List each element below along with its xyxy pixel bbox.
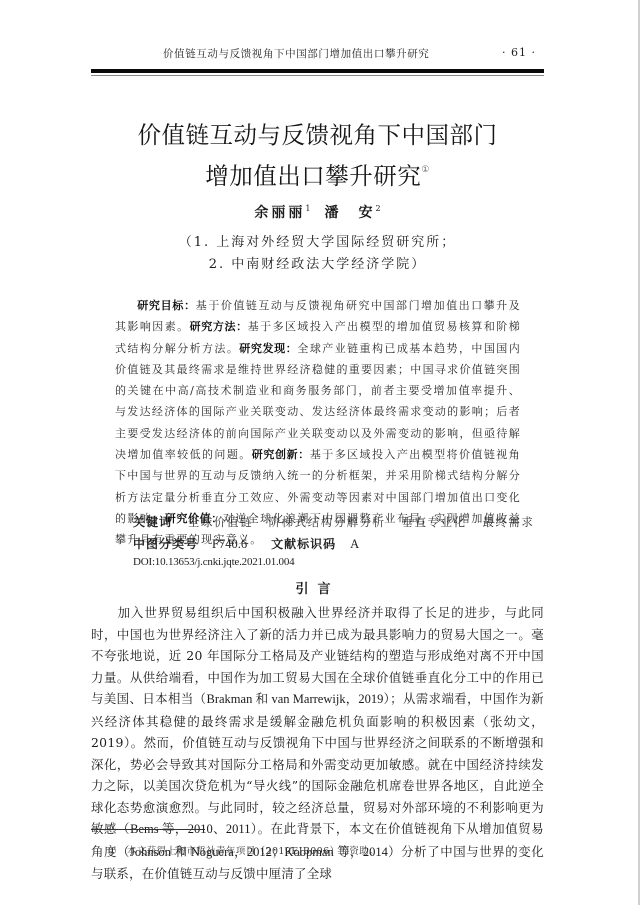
title-footnote-mark[interactable]: ① — [421, 165, 430, 175]
footnote-mark: ① — [108, 846, 117, 857]
footnote: ①本文获得上海市哲社青年项目（2019EJB006）的资助。 — [108, 843, 379, 857]
citation: Brakman 和 van Marrewijk，2019 — [207, 692, 384, 706]
header-rule-thick — [91, 69, 544, 73]
page-number: · 61 · — [502, 46, 536, 59]
keyword: 阶梯式结构分解分析 — [269, 515, 386, 529]
keyword: 全球价值链 — [188, 515, 253, 529]
doc-code-label: 文献标识码 — [271, 537, 336, 551]
abstract-findings: 全球产业链重构已成基本趋势，中国国内价值链及其最终需求是维持世界经济稳健的重要因… — [115, 342, 521, 461]
title-line-1: 价值链互动与反馈视角下中国部门 — [91, 118, 544, 153]
abstract-innovation-label: 研究创新： — [252, 448, 310, 461]
keywords: 关键词 全球价值链 阶梯式结构分解分析 垂直专业化 最终需求 — [133, 513, 534, 530]
keyword: 垂直专业化 — [402, 515, 467, 529]
footnote-rule — [91, 829, 205, 830]
author-name: 潘 安 — [325, 205, 376, 221]
header-rule-thin — [91, 75, 544, 76]
doc-code-value: A — [350, 537, 359, 551]
abstract-findings-label: 研究发现： — [239, 342, 297, 355]
affiliations: （1. 上海对外经贸大学国际经贸研究所； 2. 中南财经政法大学经济学院） — [91, 232, 544, 276]
authors: 余丽丽1潘 安2 — [91, 202, 544, 222]
affiliation-line: （1. 上海对外经贸大学国际经贸研究所； — [91, 232, 544, 254]
footnote-text: 本文获得上海市哲社青年项目（2019EJB006）的资助。 — [127, 846, 379, 857]
keyword: 最终需求 — [482, 515, 534, 529]
doi[interactable]: DOI:10.13653/j.cnki.jqte.2021.01.004 — [133, 556, 294, 568]
clc-value: F740.6 — [212, 537, 247, 551]
section-heading: 引言 — [91, 578, 544, 597]
running-head: 价值链互动与反馈视角下中国部门增加值出口攀升研究 · 61 · — [91, 46, 544, 62]
abstract-objective-label: 研究目标： — [137, 299, 196, 312]
classification: 中图分类号F740.6文献标识码A — [133, 535, 383, 552]
author-name: 余丽丽 — [254, 205, 305, 221]
title-line-2-text: 增加值出口攀升研究 — [205, 162, 421, 190]
running-head-title: 价值链互动与反馈视角下中国部门增加值出口攀升研究 — [163, 46, 429, 61]
title-line-2: 增加值出口攀升研究① — [91, 153, 544, 194]
clc-label: 中图分类号 — [133, 537, 198, 551]
article-title: 价值链互动与反馈视角下中国部门 增加值出口攀升研究① — [91, 118, 544, 194]
keywords-label: 关键词 — [133, 515, 172, 529]
author-affil-mark: 1 — [305, 204, 310, 213]
affiliation-line: 2. 中南财经政法大学经济学院） — [91, 254, 544, 276]
body-text-part: ）；从需求端看，中国作为新兴经济体其稳健的最终需求是缓解金融危机负面影响的积极因… — [91, 691, 544, 836]
abstract-method-label: 研究方法： — [190, 320, 248, 333]
author-affil-mark: 2 — [376, 204, 381, 213]
